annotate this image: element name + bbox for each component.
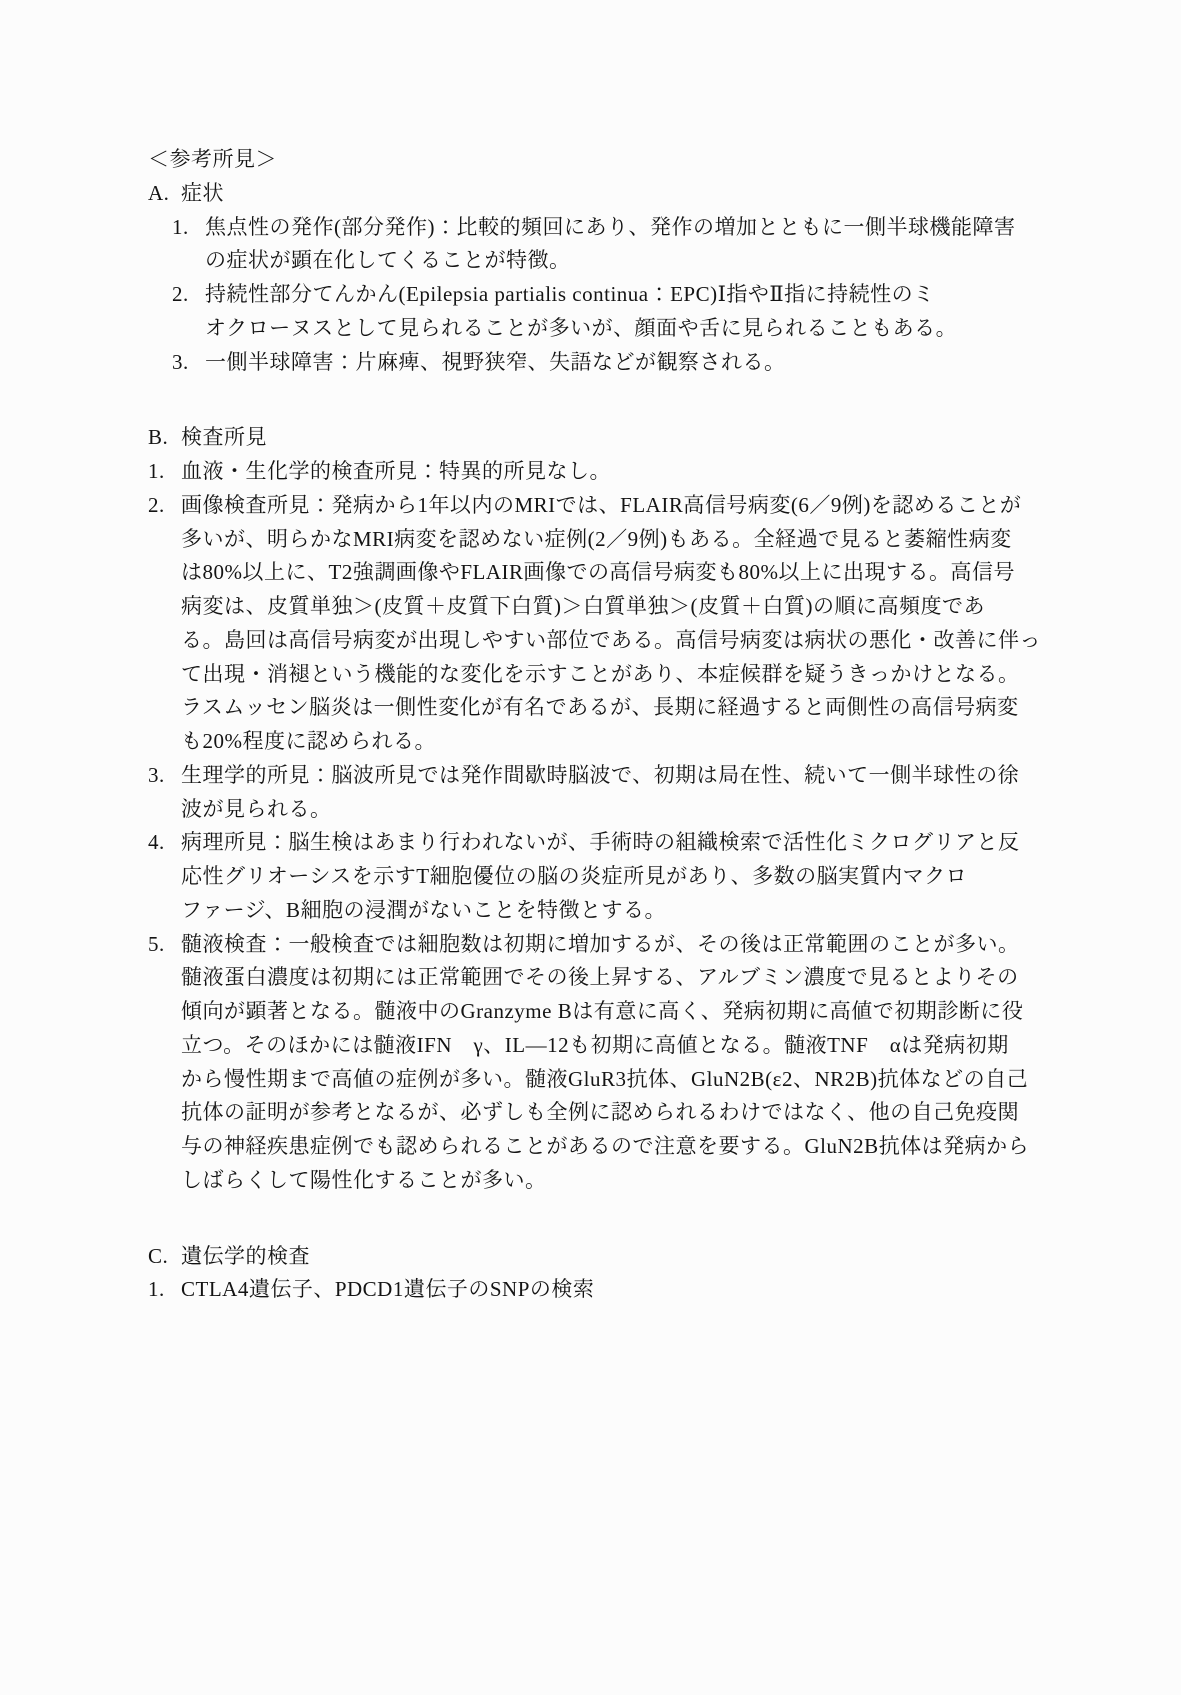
list-item: 3.一側半球障害：片麻痺、視野狭窄、失語などが観察される。: [172, 346, 1141, 380]
list-item: 2.画像検査所見：発病から1年以内のMRIでは、FLAIR高信号病変(6／9例)…: [148, 489, 1141, 759]
item-line: 多いが、明らかなMRI病変を認めない症例(2／9例)もある。全経過で見ると萎縮性…: [181, 523, 1141, 557]
item-line: 傾向が顕著となる。髄液中のGranzyme Bは有意に高く、発病初期に高値で初期…: [181, 995, 1141, 1029]
item-number: 4.: [148, 826, 181, 860]
item-line: ラスムッセン脳炎は一側性変化が有名であるが、長期に経過すると両側性の高信号病変: [181, 691, 1141, 725]
item-line: から慢性期まで高値の症例が多い。髄液GluR3抗体、GluN2B(ε2、NR2B…: [181, 1063, 1141, 1097]
item-line: 焦点性の発作(部分発作)：比較的頻回にあり、発作の増加とともに一側半球機能障害: [205, 211, 1141, 245]
item-line: の症状が顕在化してくることが特徴。: [205, 244, 1141, 278]
item-number: 3.: [172, 346, 205, 380]
sections-container: A.症状1.焦点性の発作(部分発作)：比較的頻回にあり、発作の増加とともに一側半…: [148, 177, 1141, 1307]
section-symptoms: A.症状1.焦点性の発作(部分発作)：比較的頻回にあり、発作の増加とともに一側半…: [148, 177, 1141, 380]
item-number: 5.: [148, 928, 181, 962]
section-items: 1.焦点性の発作(部分発作)：比較的頻回にあり、発作の増加とともに一側半球機能障…: [148, 211, 1141, 380]
item-text: 髄液検査：一般検査では細胞数は初期に増加するが、その後は正常範囲のことが多い。髄…: [181, 928, 1141, 1198]
item-line: 与の神経疾患症例でも認められることがあるので注意を要する。GluN2B抗体は発病…: [181, 1130, 1141, 1164]
page-title: ＜参考所見＞: [148, 143, 1141, 177]
item-line: 持続性部分てんかん(Epilepsia partialis continua：E…: [205, 278, 1141, 312]
section-label: B.: [148, 421, 181, 455]
item-line: CTLA4遺伝子、PDCD1遺伝子のSNPの検索: [181, 1273, 1141, 1307]
item-line: も20%程度に認められる。: [181, 725, 1141, 759]
section-title: 症状: [181, 181, 224, 205]
item-line: 髄液蛋白濃度は初期には正常範囲でその後上昇する、アルブミン濃度で見るとよりその: [181, 961, 1141, 995]
item-line: 血液・生化学的検査所見：特異的所見なし。: [181, 455, 1141, 489]
item-number: 1.: [148, 455, 181, 489]
section-label: A.: [148, 177, 181, 211]
item-line: オクローヌスとして見られることが多いが、顔面や舌に見られることもある。: [205, 312, 1141, 346]
section-items: 1.CTLA4遺伝子、PDCD1遺伝子のSNPの検索: [148, 1273, 1141, 1307]
item-line: 立つ。そのほかには髄液IFN γ、IL—12も初期に高値となる。髄液TNF αは…: [181, 1029, 1141, 1063]
item-line: しばらくして陽性化することが多い。: [181, 1164, 1141, 1198]
list-item: 1.血液・生化学的検査所見：特異的所見なし。: [148, 455, 1141, 489]
item-line: は80%以上に、T2強調画像やFLAIR画像での高信号病変も80%以上に出現する…: [181, 556, 1141, 590]
item-line: 髄液検査：一般検査では細胞数は初期に増加するが、その後は正常範囲のことが多い。: [181, 928, 1141, 962]
item-line: る。島回は高信号病変が出現しやすい部位である。高信号病変は病状の悪化・改善に伴っ: [181, 624, 1141, 658]
list-item: 2.持続性部分てんかん(Epilepsia partialis continua…: [172, 278, 1141, 346]
section-items: 1.血液・生化学的検査所見：特異的所見なし。2.画像検査所見：発病から1年以内の…: [148, 455, 1141, 1198]
item-text: 血液・生化学的検査所見：特異的所見なし。: [181, 455, 1141, 489]
section-label: C.: [148, 1240, 181, 1274]
item-number: 2.: [148, 489, 181, 523]
item-line: て出現・消褪という機能的な変化を示すことがあり、本症候群を疑うきっかけとなる。: [181, 658, 1141, 692]
section-header: C.遺伝学的検査: [148, 1240, 1141, 1274]
document-page: ＜参考所見＞ A.症状1.焦点性の発作(部分発作)：比較的頻回にあり、発作の増加…: [0, 0, 1181, 1695]
item-line: 抗体の証明が参考となるが、必ずしも全例に認められるわけではなく、他の自己免疫関: [181, 1096, 1141, 1130]
item-line: 波が見られる。: [181, 793, 1141, 827]
item-text: 一側半球障害：片麻痺、視野狭窄、失語などが観察される。: [205, 346, 1141, 380]
item-number: 1.: [148, 1273, 181, 1307]
list-item: 1.CTLA4遺伝子、PDCD1遺伝子のSNPの検索: [148, 1273, 1141, 1307]
item-text: CTLA4遺伝子、PDCD1遺伝子のSNPの検索: [181, 1273, 1141, 1307]
item-line: 生理学的所見：脳波所見では発作間歇時脳波で、初期は局在性、続いて一側半球性の徐: [181, 759, 1141, 793]
item-text: 持続性部分てんかん(Epilepsia partialis continua：E…: [205, 278, 1141, 346]
section-title: 検査所見: [181, 425, 267, 449]
list-item: 1.焦点性の発作(部分発作)：比較的頻回にあり、発作の増加とともに一側半球機能障…: [172, 211, 1141, 279]
item-line: 画像検査所見：発病から1年以内のMRIでは、FLAIR高信号病変(6／9例)を認…: [181, 489, 1141, 523]
item-text: 生理学的所見：脳波所見では発作間歇時脳波で、初期は局在性、続いて一側半球性の徐波…: [181, 759, 1141, 827]
item-line: 応性グリオーシスを示すT細胞優位の脳の炎症所見があり、多数の脳実質内マクロ: [181, 860, 1141, 894]
item-number: 3.: [148, 759, 181, 793]
section-title: 遺伝学的検査: [181, 1244, 310, 1268]
item-number: 1.: [172, 211, 205, 245]
item-text: 焦点性の発作(部分発作)：比較的頻回にあり、発作の増加とともに一側半球機能障害の…: [205, 211, 1141, 279]
section-header: A.症状: [148, 177, 1141, 211]
item-line: 病変は、皮質単独＞(皮質＋皮質下白質)＞白質単独＞(皮質＋白質)の順に高頻度であ: [181, 590, 1141, 624]
item-number: 2.: [172, 278, 205, 312]
section-examination-findings: B.検査所見1.血液・生化学的検査所見：特異的所見なし。2.画像検査所見：発病か…: [148, 421, 1141, 1197]
section-header: B.検査所見: [148, 421, 1141, 455]
item-text: 病理所見：脳生検はあまり行われないが、手術時の組織検索で活性化ミクログリアと反応…: [181, 826, 1141, 927]
list-item: 4.病理所見：脳生検はあまり行われないが、手術時の組織検索で活性化ミクログリアと…: [148, 826, 1141, 927]
item-text: 画像検査所見：発病から1年以内のMRIでは、FLAIR高信号病変(6／9例)を認…: [181, 489, 1141, 759]
section-genetic-testing: C.遺伝学的検査1.CTLA4遺伝子、PDCD1遺伝子のSNPの検索: [148, 1240, 1141, 1308]
list-item: 5.髄液検査：一般検査では細胞数は初期に増加するが、その後は正常範囲のことが多い…: [148, 928, 1141, 1198]
item-line: 一側半球障害：片麻痺、視野狭窄、失語などが観察される。: [205, 346, 1141, 380]
item-line: 病理所見：脳生検はあまり行われないが、手術時の組織検索で活性化ミクログリアと反: [181, 826, 1141, 860]
item-line: ファージ、B細胞の浸潤がないことを特徴とする。: [181, 894, 1141, 928]
list-item: 3.生理学的所見：脳波所見では発作間歇時脳波で、初期は局在性、続いて一側半球性の…: [148, 759, 1141, 827]
